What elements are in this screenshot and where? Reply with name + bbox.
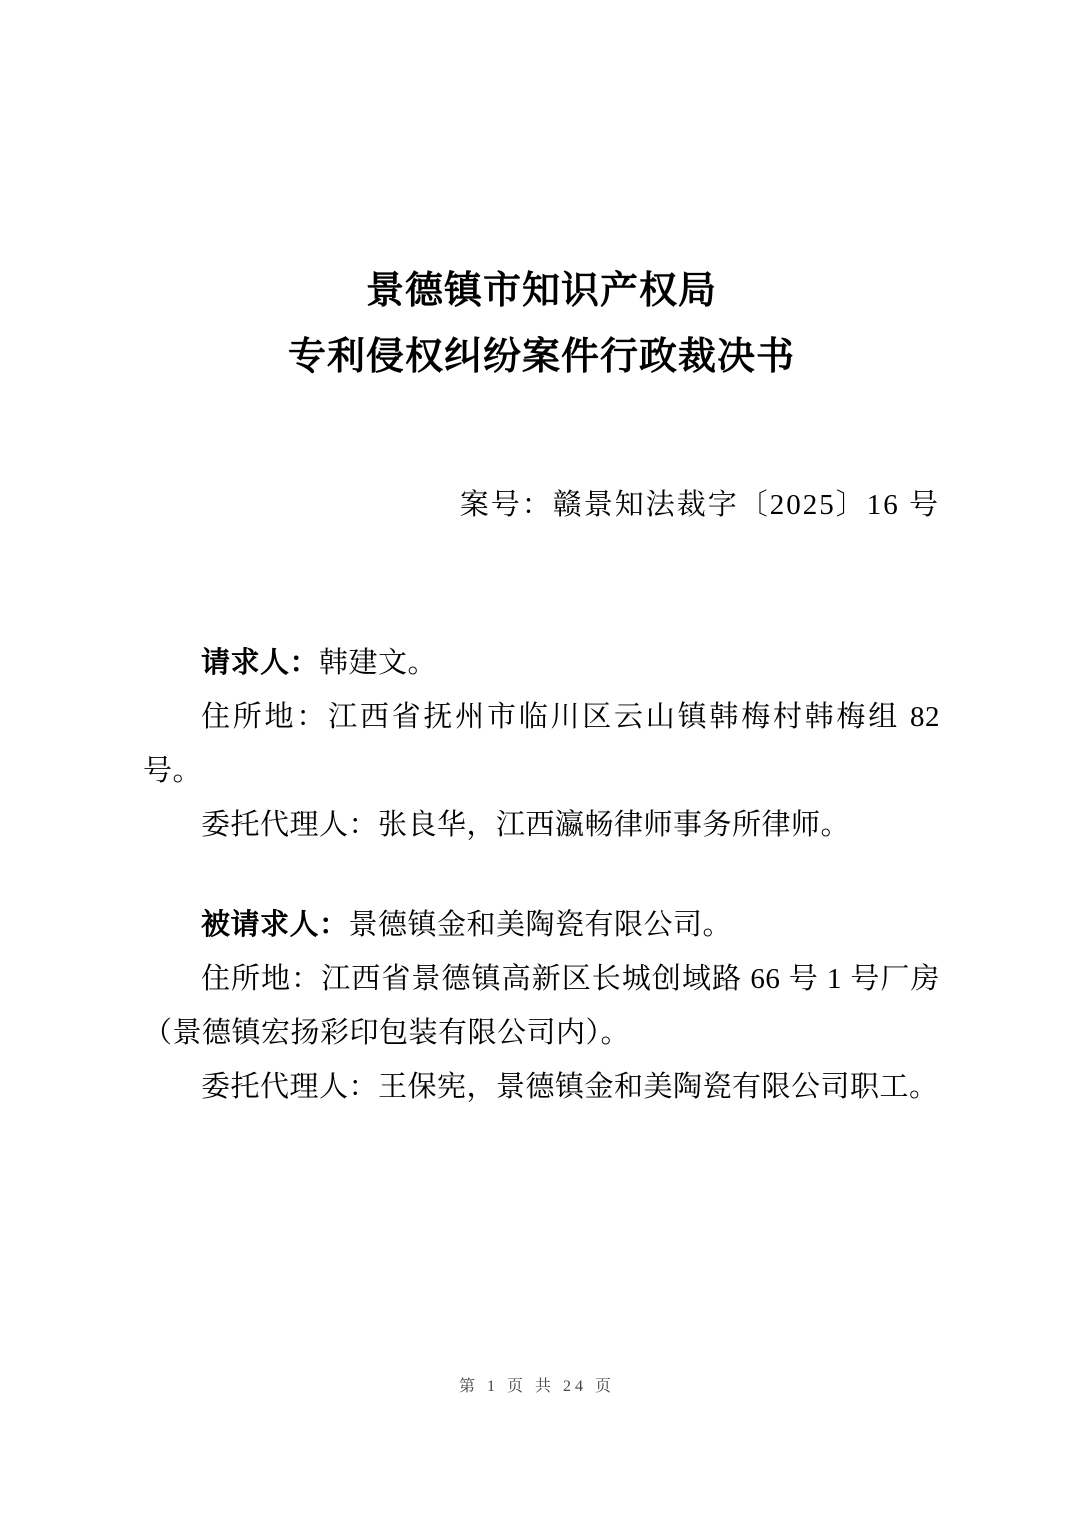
- petitioner-agent-line: 委托代理人：张良华，江西瀛畅律师事务所律师。: [143, 798, 940, 852]
- respondent-section: 被请求人：景德镇金和美陶瓷有限公司。 住所地：江西省景德镇高新区长城创域路 66…: [143, 898, 940, 1114]
- petitioner-name: 韩建文。: [319, 647, 437, 679]
- petitioner-name-line: 请求人：韩建文。: [143, 636, 940, 690]
- respondent-name: 景德镇金和美陶瓷有限公司。: [349, 909, 733, 941]
- petitioner-label: 请求人：: [201, 647, 319, 679]
- document-content: 景德镇市知识产权局 专利侵权纠纷案件行政裁决书 案号：赣景知法裁字〔2025〕1…: [0, 258, 1074, 1114]
- petitioner-address-line: 住所地：江西省抚州市临川区云山镇韩梅村韩梅组 82 号。: [143, 690, 940, 798]
- page-footer: 第 1 页 共 24 页: [0, 1373, 1074, 1396]
- respondent-label: 被请求人：: [201, 909, 349, 941]
- case-number: 案号：赣景知法裁字〔2025〕16 号: [143, 478, 940, 532]
- respondent-name-line: 被请求人：景德镇金和美陶瓷有限公司。: [143, 898, 940, 952]
- petitioner-section: 请求人：韩建文。 住所地：江西省抚州市临川区云山镇韩梅村韩梅组 82 号。 委托…: [143, 636, 940, 852]
- title-line-document-type: 专利侵权纠纷案件行政裁决书: [143, 324, 940, 390]
- respondent-agent-line: 委托代理人：王保宪，景德镇金和美陶瓷有限公司职工。: [143, 1060, 940, 1114]
- respondent-address-line: 住所地：江西省景德镇高新区长城创域路 66 号 1 号厂房（景德镇宏扬彩印包装有…: [143, 952, 940, 1060]
- title-line-authority: 景德镇市知识产权局: [143, 258, 940, 324]
- document-page: 景德镇市知识产权局 专利侵权纠纷案件行政裁决书 案号：赣景知法裁字〔2025〕1…: [0, 0, 1074, 1520]
- document-title: 景德镇市知识产权局 专利侵权纠纷案件行政裁决书: [143, 258, 940, 390]
- page-number-indicator: 第 1 页 共 24 页: [459, 1378, 615, 1395]
